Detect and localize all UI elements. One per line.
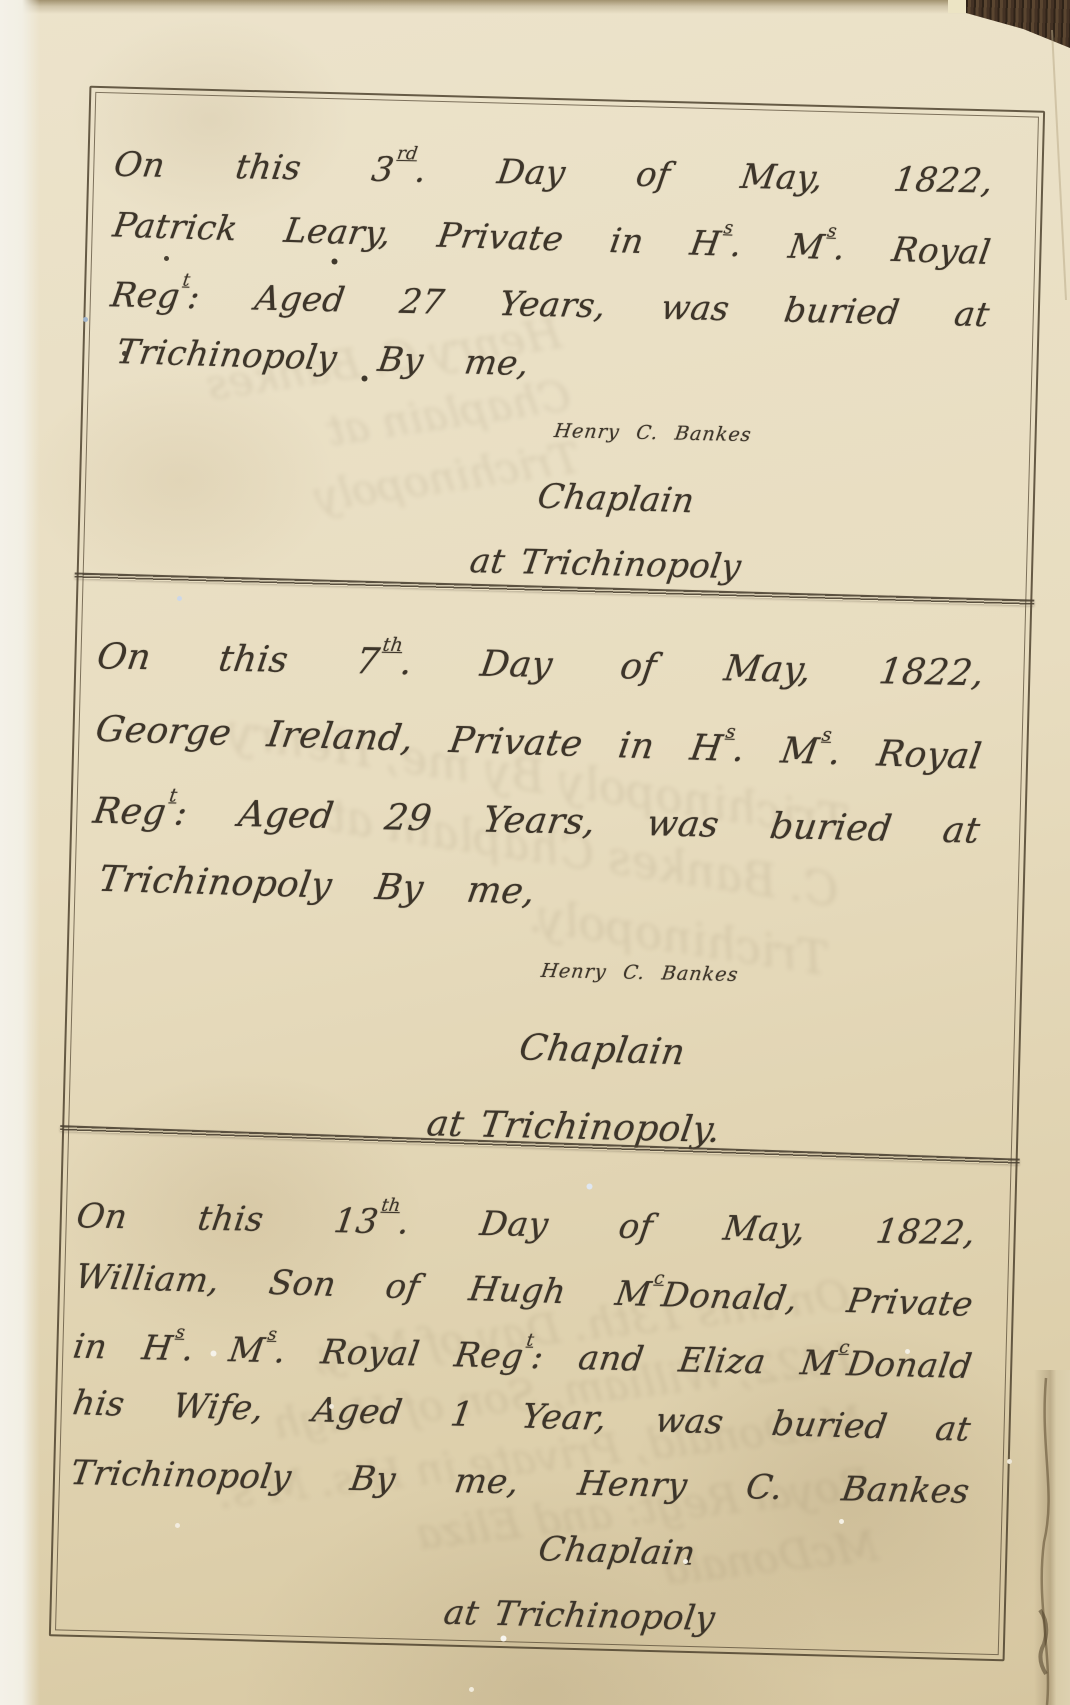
dust-specks — [0, 0, 3, 3]
entry-burial-george-ireland: On this 7th. Day of May, 1822,George Ire… — [85, 608, 985, 1177]
wood-table-background — [966, 0, 1070, 50]
page-top-edge-shadow — [0, 0, 1070, 14]
photograph-of-register-page: Henry C. Bankes Chaplain at Trichinopoly… — [0, 0, 1070, 1705]
entry-burial-patrick-leary: On this 3rd. Day of May, 1822,Patrick Le… — [104, 122, 994, 607]
entry-burial-william-mcdonald: On this 13th. Day of May, 1822,William, … — [67, 1174, 977, 1659]
background-left-strip — [0, 0, 40, 1705]
register-entry-frame: Henry C. Bankes Chaplain at Trichinopoly… — [49, 86, 1045, 1661]
torn-page-edge — [1034, 1370, 1070, 1705]
entries-container: On this 3rd. Day of May, 1822,Patrick Le… — [51, 88, 1043, 1659]
